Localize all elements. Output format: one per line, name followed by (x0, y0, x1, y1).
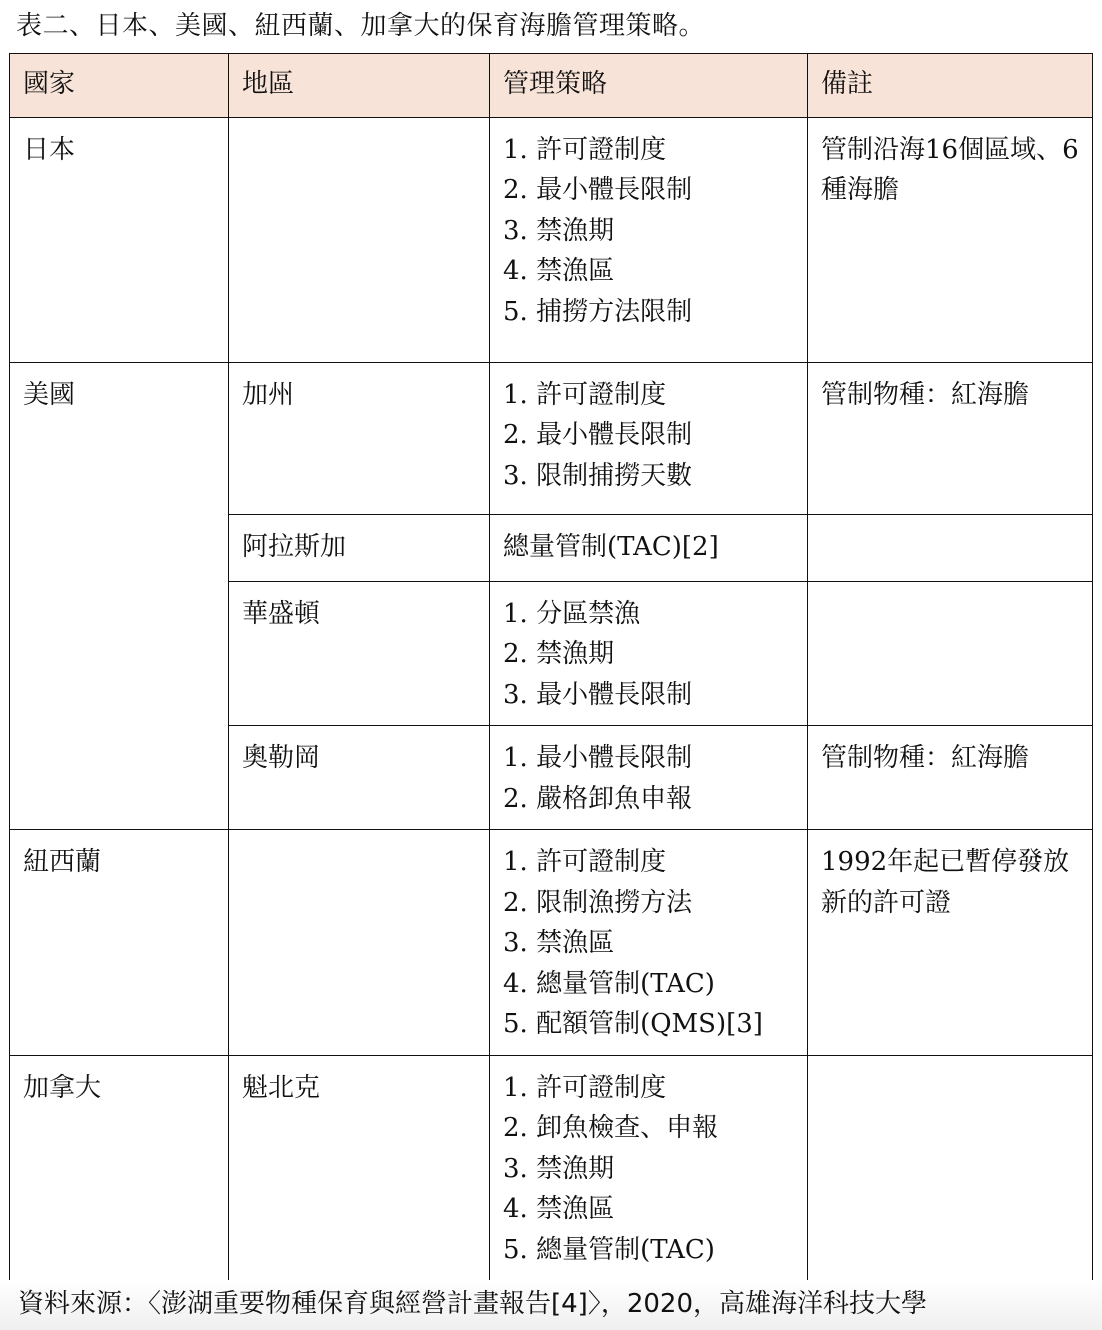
strategy-item: 3. 禁漁區 (503, 923, 794, 964)
country-cell: 日本 (10, 117, 229, 362)
note-cell: 管制物種：紅海膽 (808, 362, 1093, 514)
strategy-item: 2. 卸魚檢查、申報 (503, 1108, 794, 1149)
note-cell: 1992年起已暫停發放新的許可證 (808, 830, 1093, 1056)
table-caption: 表二、日本、美國、紐西蘭、加拿大的保育海膽管理策略。 (16, 8, 705, 44)
region-cell (229, 117, 490, 362)
strategy-item: 3. 禁漁期 (503, 211, 794, 252)
strategy-item: 2. 限制漁撈方法 (503, 883, 794, 924)
strategy-item: 總量管制(TAC)[2] (503, 527, 794, 568)
table-row: 美國 加州 1. 許可證制度 2. 最小體長限制 3. 限制捕撈天數 管制物種：… (10, 362, 1093, 514)
strategy-item: 2. 最小體長限制 (503, 415, 794, 456)
strategy-item: 2. 禁漁期 (503, 634, 794, 675)
region-cell: 阿拉斯加 (229, 514, 490, 581)
header-row: 國家 地區 管理策略 備註 (10, 54, 1093, 118)
region-cell: 加州 (229, 362, 490, 514)
strategy-item: 3. 限制捕撈天數 (503, 456, 794, 497)
strategy-item: 4. 禁漁區 (503, 1189, 794, 1230)
header-country: 國家 (10, 54, 229, 118)
strategy-table: 國家 地區 管理策略 備註 日本 1. 許可證制度 2. 最小體長限制 3. 禁… (9, 53, 1093, 1286)
strategy-cell: 1. 分區禁漁 2. 禁漁期 3. 最小體長限制 (490, 581, 808, 726)
strategy-cell: 1. 最小體長限制 2. 嚴格卸魚申報 (490, 726, 808, 830)
note-cell: 管制物種：紅海膽 (808, 726, 1093, 830)
strategy-item: 1. 許可證制度 (503, 842, 794, 883)
strategy-item: 1. 分區禁漁 (503, 594, 794, 635)
note-cell: 管制沿海16個區域、6種海膽 (808, 117, 1093, 362)
strategy-item: 5. 配額管制(QMS)[3] (503, 1004, 794, 1045)
strategy-cell: 總量管制(TAC)[2] (490, 514, 808, 581)
strategy-item: 1. 許可證制度 (503, 130, 794, 171)
table-row: 日本 1. 許可證制度 2. 最小體長限制 3. 禁漁期 4. 禁漁區 5. 捕… (10, 117, 1093, 362)
region-cell: 華盛頓 (229, 581, 490, 726)
source-footer: 資料來源：〈澎湖重要物種保育與經營計畫報告[4]〉，2020，高雄海洋科技大學 (0, 1280, 1102, 1330)
strategy-cell: 1. 許可證制度 2. 卸魚檢查、申報 3. 禁漁期 4. 禁漁區 5. 總量管… (490, 1055, 808, 1285)
note-cell (808, 514, 1093, 581)
table-row: 加拿大 魁北克 1. 許可證制度 2. 卸魚檢查、申報 3. 禁漁期 4. 禁漁… (10, 1055, 1093, 1285)
strategy-cell: 1. 許可證制度 2. 限制漁撈方法 3. 禁漁區 4. 總量管制(TAC) 5… (490, 830, 808, 1056)
strategy-item: 3. 禁漁期 (503, 1149, 794, 1190)
header-strategy: 管理策略 (490, 54, 808, 118)
header-region: 地區 (229, 54, 490, 118)
strategy-cell: 1. 許可證制度 2. 最小體長限制 3. 禁漁期 4. 禁漁區 5. 捕撈方法… (490, 117, 808, 362)
region-cell (229, 830, 490, 1056)
strategy-item: 1. 許可證制度 (503, 375, 794, 416)
strategy-item: 1. 最小體長限制 (503, 738, 794, 779)
strategy-item: 2. 嚴格卸魚申報 (503, 779, 794, 820)
region-cell: 奧勒岡 (229, 726, 490, 830)
strategy-item: 4. 禁漁區 (503, 251, 794, 292)
region-cell: 魁北克 (229, 1055, 490, 1285)
table-row: 紐西蘭 1. 許可證制度 2. 限制漁撈方法 3. 禁漁區 4. 總量管制(TA… (10, 830, 1093, 1056)
strategy-item: 4. 總量管制(TAC) (503, 964, 794, 1005)
strategy-item: 1. 許可證制度 (503, 1068, 794, 1109)
strategy-item: 2. 最小體長限制 (503, 170, 794, 211)
country-cell: 美國 (10, 362, 229, 830)
header-note: 備註 (808, 54, 1093, 118)
note-cell (808, 581, 1093, 726)
strategy-item: 5. 捕撈方法限制 (503, 292, 794, 333)
source-citation: 資料來源：〈澎湖重要物種保育與經營計畫報告[4]〉，2020，高雄海洋科技大學 (18, 1286, 927, 1322)
strategy-item: 5. 總量管制(TAC) (503, 1230, 794, 1271)
strategy-cell: 1. 許可證制度 2. 最小體長限制 3. 限制捕撈天數 (490, 362, 808, 514)
country-cell: 加拿大 (10, 1055, 229, 1285)
strategy-item: 3. 最小體長限制 (503, 675, 794, 716)
country-cell: 紐西蘭 (10, 830, 229, 1056)
note-cell (808, 1055, 1093, 1285)
